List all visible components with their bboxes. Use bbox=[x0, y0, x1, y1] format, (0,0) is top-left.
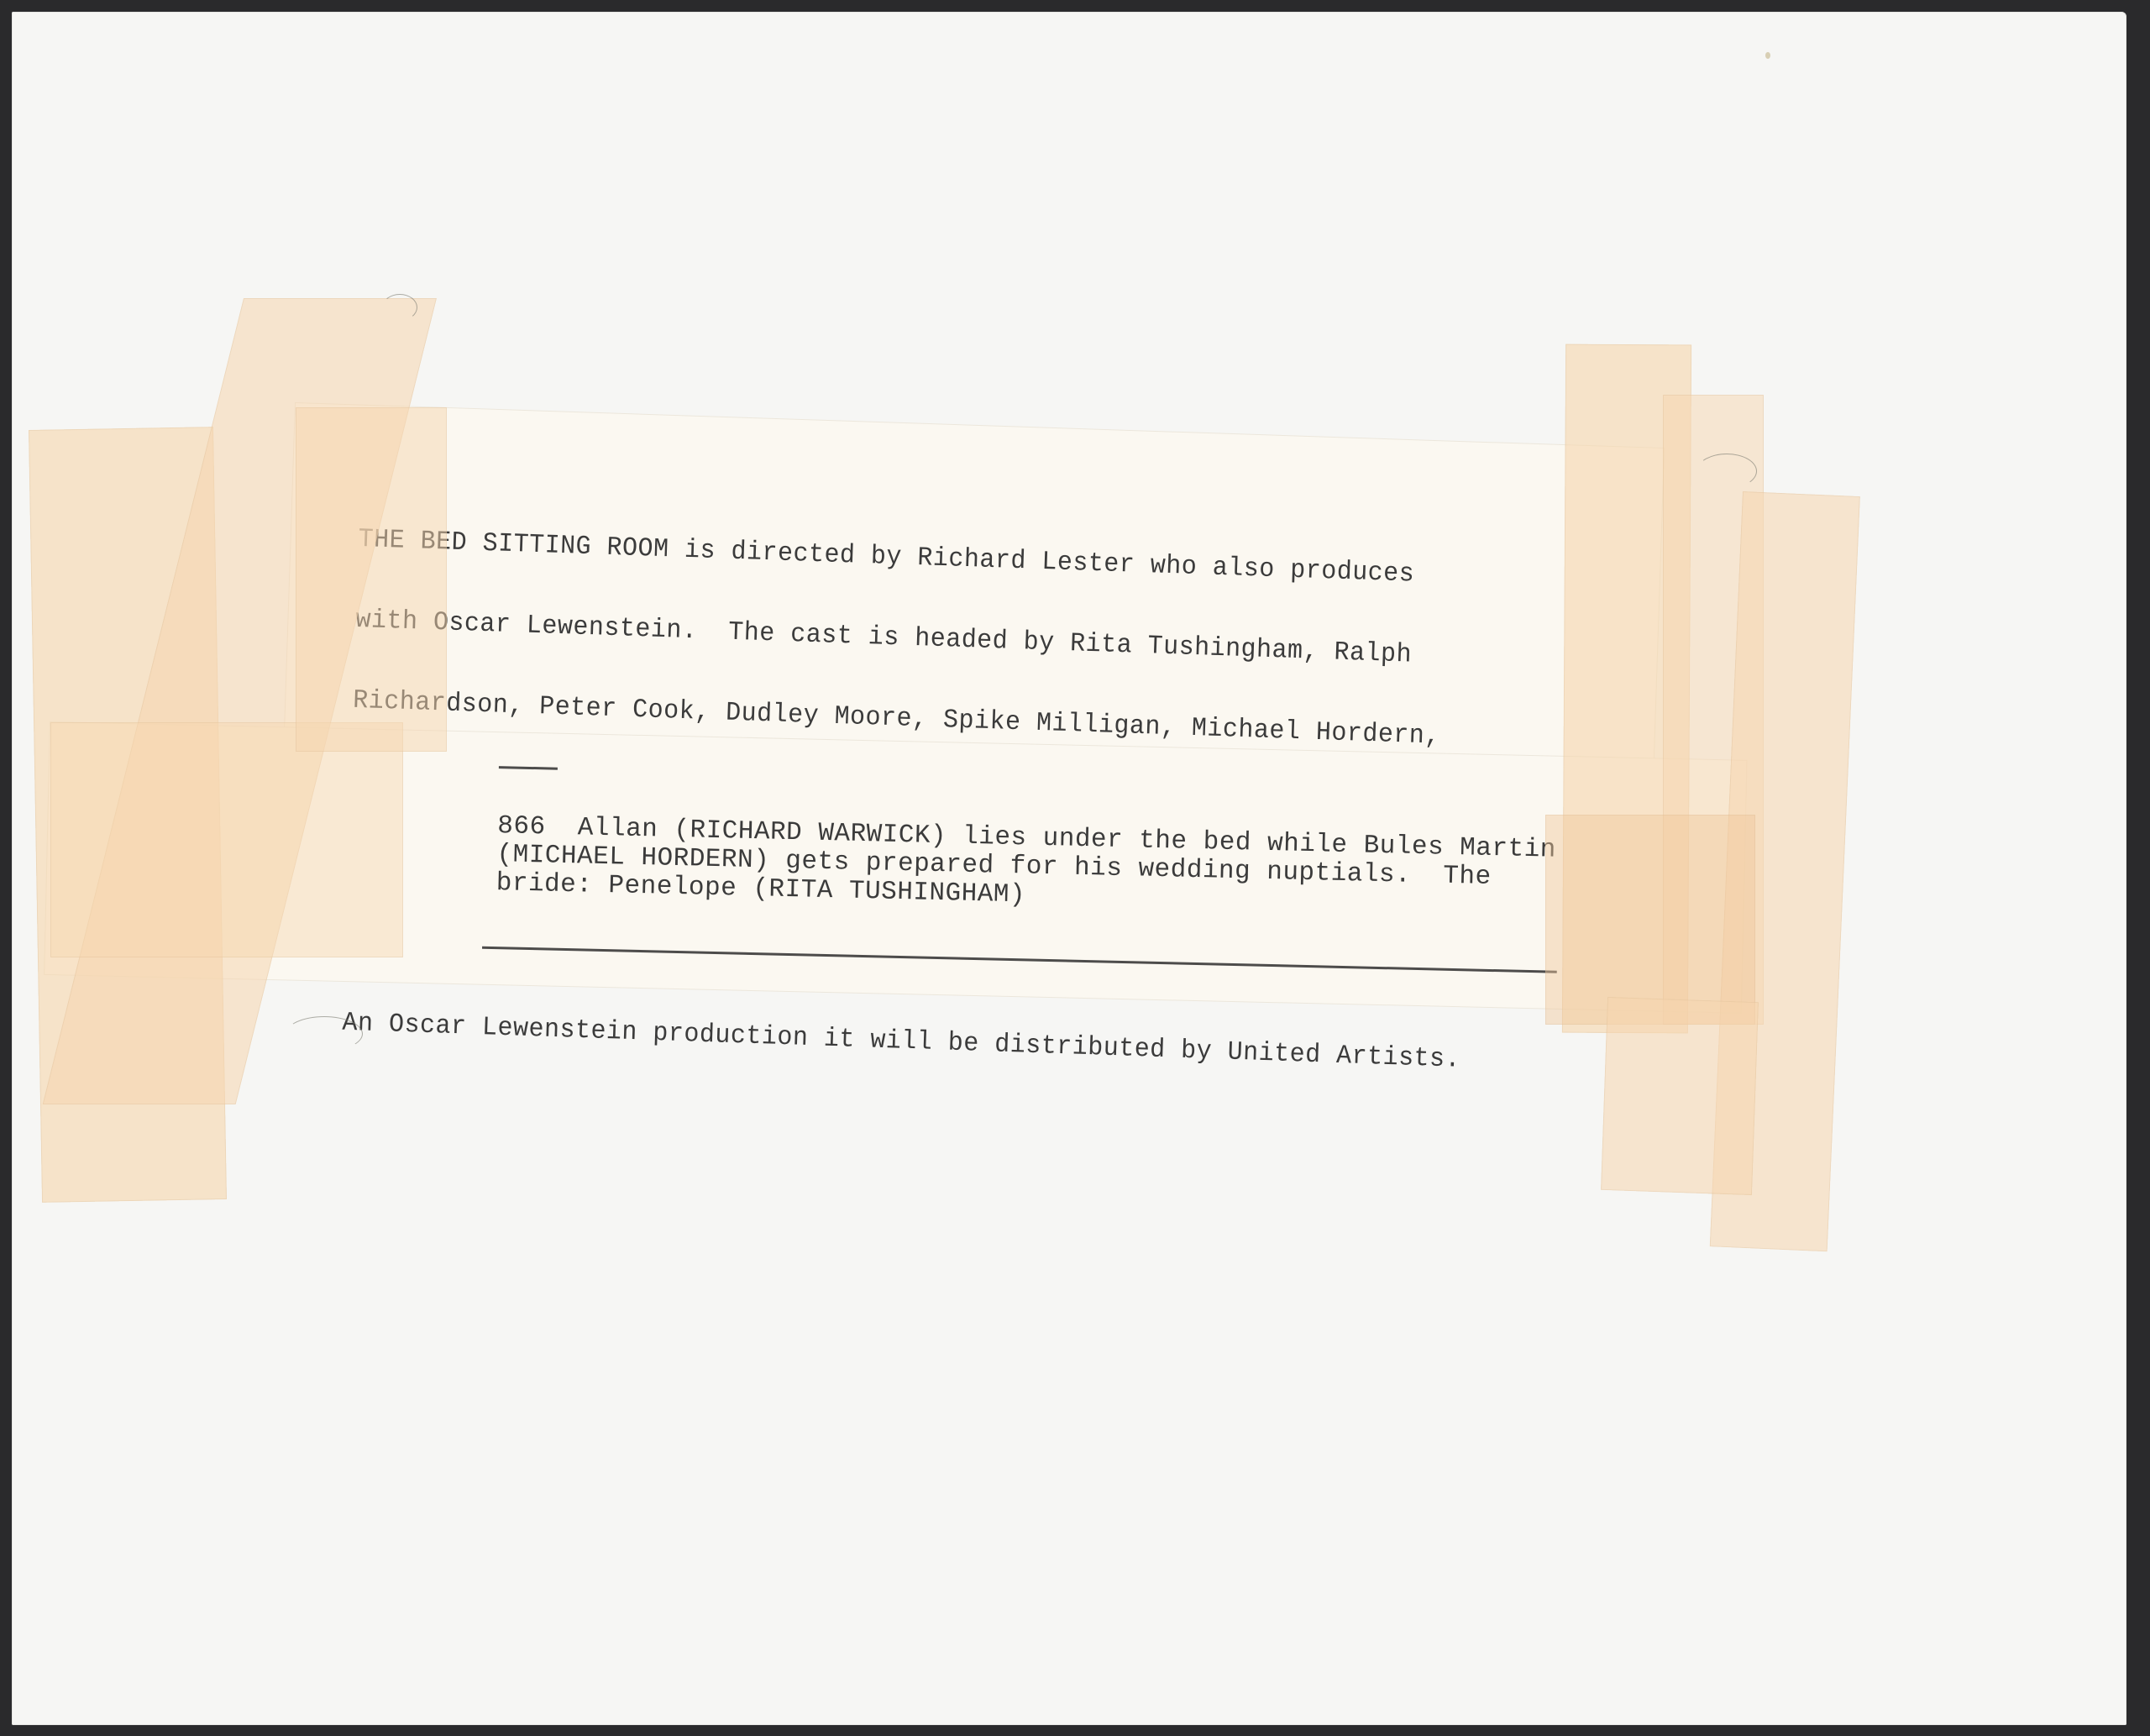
caption-text: 866 Allan (RICHARD WARWICK) lies under t… bbox=[496, 812, 1556, 922]
stray-thread bbox=[286, 1016, 363, 1052]
caption-bottom-rule bbox=[482, 947, 1557, 973]
stray-thread bbox=[1696, 454, 1757, 489]
production-note-line: THE BED SITTING ROOM is directed by Rich… bbox=[358, 526, 1477, 591]
production-note-line: with Oscar Lewenstein. The cast is heade… bbox=[355, 606, 1475, 672]
caption-top-rule bbox=[499, 766, 558, 770]
stray-thread bbox=[382, 294, 417, 321]
paper-speck bbox=[1765, 52, 1770, 59]
scanned-photo-back: THE BED SITTING ROOM is directed by Rich… bbox=[0, 0, 2150, 1736]
tape-strip-left-horizontal bbox=[50, 722, 403, 957]
production-note-line: An Oscar Lewenstein production it will b… bbox=[342, 1009, 1461, 1074]
tape-strip-left-slip-cover bbox=[296, 407, 447, 752]
tape-strip-right-e bbox=[1601, 997, 1759, 1195]
tape-strip-right-d bbox=[1545, 815, 1755, 1025]
